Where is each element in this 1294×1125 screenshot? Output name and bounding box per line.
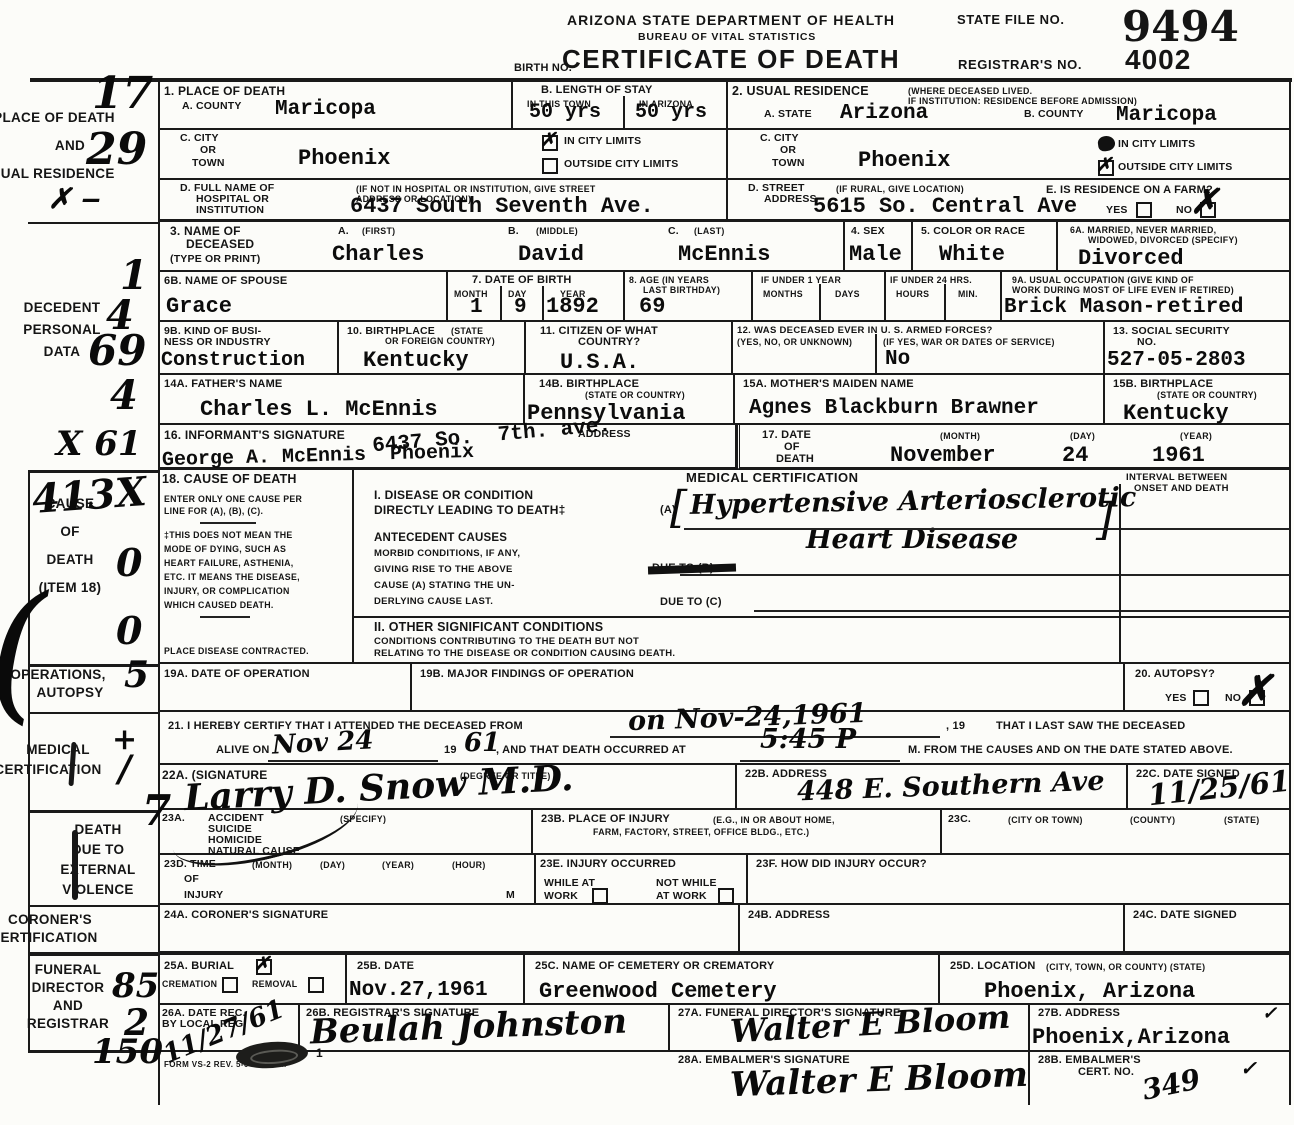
- field-9b-label2: NESS OR INDUSTRY: [164, 336, 271, 349]
- field-3c-last-label: (LAST): [694, 226, 725, 237]
- field-4-value: Male: [849, 242, 902, 267]
- field-1c-label: C. CITY: [180, 132, 219, 145]
- field-21-post1: THAT I LAST SAW THE DECEASED: [996, 720, 1185, 733]
- margin-note: /: [118, 748, 131, 790]
- field-2c-outside-label: OUTSIDE CITY LIMITS: [1118, 161, 1232, 174]
- field-10-birthplace: 10. BIRTHPLACE (STATE OR FOREIGN COUNTRY…: [339, 322, 526, 375]
- field-1d-label3: INSTITUTION: [196, 204, 264, 217]
- field-9a-value: Brick Mason-retired: [1004, 296, 1243, 319]
- field-28b-label2: CERT. NO.: [1078, 1066, 1134, 1079]
- field-27a-funeral-director-signature: 27A. FUNERAL DIRECTOR'S SIGNATURE Walter…: [670, 1005, 1030, 1052]
- field-14a-fathers-name: 14A. FATHER'S NAME Charles L. McEnnis: [160, 375, 525, 425]
- field-26b-registrar-signature: 26B. REGISTRAR'S SIGNATURE Beulah Johnst…: [300, 1005, 670, 1052]
- margin-note: ✗ ‒: [48, 182, 101, 215]
- field-18-note4: MODE OF DYING, SUCH AS: [164, 544, 286, 555]
- x-mark: ✗: [540, 129, 556, 151]
- field-3b-middle-label: (MIDDLE): [536, 226, 578, 237]
- field-15b-value: Kentucky: [1123, 401, 1229, 426]
- field-21-hand-time: 5:45 P: [760, 724, 856, 755]
- divider: [944, 284, 946, 322]
- field-1d-value: 6437 South Seventh Ave.: [350, 194, 654, 219]
- field-21-mid: , AND THAT DEATH OCCURRED AT: [496, 744, 686, 757]
- field-5-value: White: [939, 242, 1005, 267]
- field-1c-or: OR: [200, 144, 216, 157]
- field-b-length-of-stay: B. LENGTH OF STAY IN THIS TOWN IN ARIZON…: [513, 82, 728, 130]
- field-6b-spouse: 6B. NAME OF SPOUSE Grace: [160, 272, 448, 322]
- field-2b-county-label: B. COUNTY: [1024, 108, 1084, 121]
- field-20-autopsy: 20. AUTOPSY? YES NO ✗: [1125, 664, 1290, 712]
- field-8-months-label: MONTHS: [763, 289, 803, 300]
- ink-blob-mark: [1097, 135, 1116, 152]
- field-25b-date: 25B. DATE Nov.27,1961: [347, 955, 525, 1005]
- field-25a-removal: REMOVAL: [252, 979, 297, 990]
- field-17-year-value: 1961: [1152, 443, 1205, 468]
- sidebar-divider: [28, 222, 160, 224]
- field-18-due-c-label: DUE TO (C): [660, 596, 722, 609]
- field-23d-month: (MONTH): [252, 860, 292, 871]
- field-17-month-label: (MONTH): [940, 431, 980, 442]
- sidebar-certification: CERTIFICATION: [0, 762, 136, 777]
- field-21-year2: 19: [444, 744, 457, 757]
- field-25a-burial: 25A. BURIAL ✗ CREMATION REMOVAL: [160, 955, 347, 1005]
- field-9b-industry: 9B. KIND OF BUSI- NESS OR INDUSTRY Const…: [160, 322, 339, 375]
- field-2a-state-label: A. STATE: [764, 108, 812, 121]
- margin-note: 85: [112, 966, 159, 1006]
- field-23c-city: (CITY OR TOWN): [1008, 815, 1083, 826]
- field-23f-how-injury: 23F. HOW DID INJURY OCCUR?: [748, 855, 1290, 905]
- field-28b-value: 349: [1139, 1062, 1203, 1106]
- field-6b-value: Grace: [166, 294, 232, 319]
- field-1c-incity-label: IN CITY LIMITS: [564, 135, 641, 148]
- field-17-month-value: November: [890, 443, 996, 468]
- sidebar-divider: [28, 905, 160, 907]
- header-bureau: BUREAU OF VITAL STATISTICS: [638, 31, 816, 44]
- field-8-under-24-hrs: IF UNDER 24 HRS. HOURS MIN.: [886, 272, 1002, 322]
- field-2c-city-value: Phoenix: [858, 148, 950, 173]
- field-3a: A.: [338, 225, 349, 238]
- field-3-middle-value: David: [518, 242, 584, 267]
- field-18-part2-note2: RELATING TO THE DISEASE OR CONDITION CAU…: [374, 648, 675, 659]
- checkbox-2-outside-city-checked: ✗: [1098, 160, 1114, 176]
- field-23c-num: 23C.: [948, 813, 971, 826]
- field-27b-label: 27B. ADDRESS: [1038, 1007, 1120, 1020]
- field-27b-address: 27B. ADDRESS Phoenix,Arizona ✓: [1030, 1005, 1290, 1052]
- x-mark: ✗: [254, 953, 270, 975]
- field-25d-note: (CITY, TOWN, OR COUNTY) (STATE): [1046, 962, 1205, 973]
- field-23b-note1: (E.G., IN OR ABOUT HOME,: [713, 815, 835, 826]
- field-12-armed-forces: 12. WAS DECEASED EVER IN U. S. ARMED FOR…: [733, 322, 1105, 375]
- cause-b-underline: [680, 574, 1290, 576]
- field-25b-label: 25B. DATE: [357, 960, 414, 973]
- field-7-day-value: 9: [514, 296, 527, 319]
- field-3a-first-label: (FIRST): [362, 226, 395, 237]
- field-18-antecedent5: DERLYING CAUSE LAST.: [374, 596, 493, 607]
- field-8-label1: 8. AGE (IN YEARS: [629, 275, 709, 286]
- sidebar-divider: [28, 712, 160, 714]
- field-15a-value: Agnes Blackburn Brawner: [749, 397, 1039, 420]
- divider: [623, 96, 625, 130]
- field-10-note2: OR FOREIGN COUNTRY): [385, 336, 495, 347]
- field-23f-label: 23F. HOW DID INJURY OCCUR?: [756, 858, 927, 871]
- field-9a-label1: 9A. USUAL OCCUPATION (GIVE KIND OF: [1012, 275, 1194, 286]
- field-25a-label: 25A. BURIAL: [164, 960, 234, 973]
- state-file-label: STATE FILE NO.: [957, 12, 1065, 28]
- field-10-value: Kentucky: [363, 348, 469, 373]
- field-12-note2: (IF YES, WAR OR DATES OF SERVICE): [883, 337, 1055, 348]
- field-1-label: 1. PLACE OF DEATH: [164, 84, 285, 98]
- birth-no-label: BIRTH NO.: [514, 62, 572, 75]
- field-6a-label1: 6A. MARRIED, NEVER MARRIED,: [1070, 225, 1216, 236]
- field-21-year1: , 19: [946, 720, 965, 733]
- field-9b-value: Construction: [161, 349, 305, 372]
- field-19a-date-of-operation: 19A. DATE OF OPERATION: [160, 664, 412, 712]
- field-12-note1: (YES, NO, OR UNKNOWN): [737, 337, 852, 348]
- field-2d-street: D. STREET ADDRESS (IF RURAL, GIVE LOCATI…: [728, 180, 1290, 222]
- field-18-cause-label-column: 18. CAUSE OF DEATH ENTER ONLY ONE CAUSE …: [160, 470, 354, 664]
- field-2c-incity-label: IN CITY LIMITS: [1118, 138, 1195, 151]
- field-25d-location: 25D. LOCATION (CITY, TOWN, OR COUNTY) (S…: [940, 955, 1290, 1005]
- checkbox-while-at-work: [592, 888, 608, 904]
- field-27b-value: Phoenix,Arizona: [1032, 1025, 1230, 1050]
- field-28b-embalmer-cert: 28B. EMBALMER'S CERT. NO. 349 ✓: [1030, 1052, 1290, 1105]
- field-b-town-value: 50 yrs: [529, 101, 601, 124]
- divider: [819, 284, 821, 322]
- field-18-note6: ETC. IT MEANS THE DISEASE,: [164, 572, 300, 583]
- field-23d-m: M: [506, 889, 515, 902]
- checkbox-1-in-city-checked: ✗: [542, 135, 558, 151]
- field-13-label2: NO.: [1137, 336, 1156, 349]
- field-25c-value: Greenwood Cemetery: [539, 979, 777, 1004]
- field-1a-county-value: Maricopa: [275, 98, 376, 121]
- checkbox-1-outside-city: [542, 158, 558, 174]
- field-1-place-of-death: 1. PLACE OF DEATH A. COUNTY Maricopa: [160, 82, 513, 130]
- ink-mark: [72, 830, 78, 900]
- field-25a-cremation: CREMATION: [162, 979, 217, 990]
- field-23d-day: (DAY): [320, 860, 345, 871]
- field-8-under-1-year: IF UNDER 1 YEAR MONTHS DAYS: [753, 272, 886, 322]
- field-5-color-or-race: 5. COLOR OR RACE White: [913, 222, 1058, 272]
- field-12-value: No: [885, 348, 910, 371]
- field-14b-birthplace: 14B. BIRTHPLACE (STATE OR COUNTRY) Penns…: [525, 375, 735, 425]
- field-14a-label: 14A. FATHER'S NAME: [164, 378, 282, 391]
- field-18-note9: PLACE DISEASE CONTRACTED.: [164, 646, 309, 657]
- field-18-part1-label1: I. DISEASE OR CONDITION: [374, 488, 533, 502]
- sidebar-coroners: CORONER'S: [0, 912, 138, 927]
- field-2-note1: (WHERE DECEASED LIVED.: [908, 86, 1032, 97]
- divider: [500, 286, 502, 322]
- field-2d-note: (IF RURAL, GIVE LOCATION): [836, 184, 964, 195]
- field-23e-while2: WORK: [544, 890, 578, 903]
- field-8-hours-label: HOURS: [896, 289, 929, 300]
- field-5-label: 5. COLOR OR RACE: [921, 225, 1025, 238]
- field-20-yes-label: YES: [1165, 692, 1187, 705]
- field-2c-city: C. CITY OR TOWN Phoenix IN CITY LIMITS ✗…: [728, 130, 1290, 180]
- field-17-label3: DEATH: [776, 453, 814, 466]
- margin-note: X 61: [56, 424, 142, 464]
- field-21-hand-year: 61: [464, 728, 500, 758]
- margin-note: 69: [88, 326, 146, 375]
- field-2b-county-value: Maricopa: [1116, 104, 1217, 127]
- divider: [542, 286, 544, 322]
- divider: [200, 616, 250, 618]
- checkbox-cremation: [222, 977, 238, 993]
- field-18-note2: LINE FOR (A), (B), (C).: [164, 506, 263, 517]
- checkbox-autopsy-yes: [1193, 690, 1209, 706]
- field-22c-date-signed: 22C. DATE SIGNED 11/25/61: [1128, 765, 1290, 810]
- field-7-label: 7. DATE OF BIRTH: [472, 274, 572, 287]
- field-18-part2-note1: CONDITIONS CONTRIBUTING TO THE DEATH BUT…: [374, 636, 639, 647]
- field-7-date-of-birth: 7. DATE OF BIRTH MONTH DAY YEAR 1 9 1892: [448, 272, 625, 322]
- margin-note: 5: [124, 654, 149, 696]
- margin-note: 7: [142, 786, 171, 835]
- field-15b-birthplace: 15B. BIRTHPLACE (STATE OR COUNTRY) Kentu…: [1105, 375, 1290, 425]
- scan-paren-mark: (: [0, 565, 47, 739]
- field-18-note3: ‡THIS DOES NOT MEAN THE: [164, 530, 293, 541]
- blank-line: [740, 760, 900, 762]
- field-7-year-value: 1892: [546, 294, 599, 319]
- field-b-arizona-value: 50 yrs: [635, 101, 707, 124]
- margin-note: 17: [92, 68, 153, 119]
- field-24b-address: 24B. ADDRESS: [740, 905, 1125, 955]
- hand-bracket-right: ]: [1096, 494, 1113, 545]
- field-2e-yes-label: YES: [1106, 204, 1128, 217]
- field-3-name-of-deceased: 3. NAME OF DECEASED (TYPE OR PRINT) A. (…: [160, 222, 845, 272]
- field-12-label: 12. WAS DECEASED EVER IN U. S. ARMED FOR…: [737, 325, 993, 336]
- field-3-label2: DECEASED: [186, 237, 254, 251]
- field-14b-note: (STATE OR COUNTRY): [585, 390, 685, 401]
- field-2d-value: 5615 So. Central Ave: [813, 194, 1077, 219]
- field-23e-injury-occurred: 23E. INJURY OCCURRED WHILE AT WORK NOT W…: [536, 855, 748, 905]
- field-22b-value: 448 E. Southern Ave: [797, 766, 1105, 808]
- field-16-label: 16. INFORMANT'S SIGNATURE: [164, 428, 345, 442]
- interval-label1: INTERVAL BETWEEN: [1126, 472, 1227, 483]
- field-18-antecedent1: ANTECEDENT CAUSES: [374, 532, 507, 546]
- field-1a-county-label: A. COUNTY: [182, 100, 242, 113]
- field-14a-value: Charles L. McEnnis: [200, 397, 438, 422]
- field-b-label: B. LENGTH OF STAY: [541, 84, 653, 97]
- field-8-age: 8. AGE (IN YEARS LAST BIRTHDAY) 69: [625, 272, 753, 322]
- field-11-value: U.S.A.: [560, 350, 639, 375]
- registrar-number: 4002: [1125, 44, 1191, 76]
- field-4-sex: 4. SEX Male: [845, 222, 913, 272]
- field-17-day-value: 24: [1062, 443, 1088, 468]
- field-8-days-label: DAYS: [835, 289, 860, 300]
- field-21-certify-statement: 21. I HEREBY CERTIFY THAT I ATTENDED THE…: [160, 712, 1290, 765]
- field-8-value: 69: [639, 294, 665, 319]
- divider: [875, 334, 877, 375]
- field-1c-town: TOWN: [192, 157, 225, 170]
- x-mark: ✗: [1096, 154, 1112, 176]
- field-3b: B.: [508, 225, 519, 238]
- field-23d-label1: 23D. TIME: [164, 858, 216, 871]
- field-6a-value: Divorced: [1078, 246, 1184, 271]
- field-22b-address: 22B. ADDRESS 448 E. Southern Ave: [737, 765, 1128, 810]
- sidebar-divider: [28, 810, 160, 813]
- margin-note: 29: [86, 124, 147, 175]
- field-24c-label: 24C. DATE SIGNED: [1133, 909, 1237, 922]
- field-9a-occupation: 9A. USUAL OCCUPATION (GIVE KIND OF WORK …: [1002, 272, 1290, 322]
- field-17-date-of-death: 17. DATE OF DEATH (MONTH) (DAY) (YEAR) N…: [737, 425, 1290, 470]
- cause-c-underline: [754, 610, 1290, 612]
- field-3-last-value: McEnnis: [678, 242, 770, 267]
- field-28a-embalmer-signature: 28A. EMBALMER'S SIGNATURE Walter E Bloom: [670, 1052, 1030, 1105]
- field-15a-mothers-maiden-name: 15A. MOTHER'S MAIDEN NAME Agnes Blackbur…: [735, 375, 1105, 425]
- field-2-note2: IF INSTITUTION: RESIDENCE BEFORE ADMISSI…: [908, 96, 1137, 107]
- checkbox-farm-yes: [1136, 202, 1152, 218]
- field-23d-label2: OF: [184, 873, 199, 886]
- margin-note: 0: [116, 540, 142, 585]
- check-mark: ✓: [1240, 1056, 1257, 1080]
- margin-note: 150: [92, 1032, 163, 1072]
- cause-a-line1: Hypertensive Arteriosclerotic: [690, 482, 1137, 521]
- field-4-label: 4. SEX: [851, 225, 885, 238]
- field-18-antecedent4: CAUSE (A) STATING THE UN-: [374, 580, 515, 591]
- seal-number: 1: [316, 1046, 323, 1060]
- field-13-label1: 13. SOCIAL SECURITY: [1113, 325, 1230, 338]
- field-23b-place-of-injury: 23B. PLACE OF INJURY (E.G., IN OR ABOUT …: [533, 810, 942, 855]
- field-18-note8: WHICH CAUSED DEATH.: [164, 600, 274, 611]
- field-1d-hospital: D. FULL NAME OF HOSPITAL OR INSTITUTION …: [160, 180, 728, 222]
- field-8-min-label: MIN.: [958, 289, 978, 300]
- field-21-alive-label: ALIVE ON: [216, 744, 270, 757]
- checkbox-burial-checked: ✗: [256, 959, 272, 975]
- field-23d-year: (YEAR): [382, 860, 414, 871]
- field-11-label2: COUNTRY?: [578, 336, 640, 349]
- field-16-signature-value: George A. McEnnis Phoenix: [162, 441, 475, 472]
- field-19b-label: 19B. MAJOR FINDINGS OF OPERATION: [420, 668, 634, 681]
- field-2-usual-residence: 2. USUAL RESIDENCE (WHERE DECEASED LIVED…: [728, 82, 1290, 130]
- field-25c-cemetery: 25C. NAME OF CEMETERY OR CREMATORY Green…: [525, 955, 940, 1005]
- field-18-antecedent2: MORBID CONDITIONS, IF ANY,: [374, 548, 520, 559]
- field-23c-location: 23C. (CITY OR TOWN) (COUNTY) (STATE): [942, 810, 1290, 855]
- field-17-day-label: (DAY): [1070, 431, 1095, 442]
- field-18-medical-certification: MEDICAL CERTIFICATION I. DISEASE OR COND…: [354, 470, 1290, 664]
- field-18-note1: ENTER ONLY ONE CAUSE PER: [164, 494, 302, 505]
- field-15b-note: (STATE OR COUNTRY): [1157, 390, 1257, 401]
- field-20-label: 20. AUTOPSY?: [1135, 668, 1215, 681]
- part-divider: [354, 616, 1290, 618]
- field-2d-label2: ADDRESS: [764, 193, 817, 206]
- field-23b-label: 23B. PLACE OF INJURY: [541, 813, 670, 826]
- field-23e-while1: WHILE AT: [544, 877, 595, 890]
- divider: [200, 522, 256, 524]
- autopsy-no-x-mark: ✗: [1237, 666, 1272, 715]
- interval-column-divider: [1119, 484, 1121, 664]
- field-25d-label: 25D. LOCATION: [950, 960, 1036, 973]
- field-25b-value: Nov.27,1961: [349, 979, 488, 1002]
- cause-a-underline: [684, 528, 1290, 530]
- field-13-ssn: 13. SOCIAL SECURITY NO. 527-05-2803: [1105, 322, 1290, 375]
- field-11-citizen: 11. CITIZEN OF WHAT COUNTRY? U.S.A.: [526, 322, 733, 375]
- field-15a-label: 15A. MOTHER'S MAIDEN NAME: [743, 378, 914, 391]
- field-18-part2-label: II. OTHER SIGNIFICANT CONDITIONS: [374, 620, 603, 635]
- field-3-label3: (TYPE OR PRINT): [170, 253, 261, 266]
- field-18-label: 18. CAUSE OF DEATH: [162, 472, 297, 487]
- field-19a-label: 19A. DATE OF OPERATION: [164, 668, 310, 681]
- field-2a-state-value: Arizona: [840, 102, 928, 125]
- field-3c: C.: [668, 225, 679, 238]
- field-13-value: 527-05-2803: [1107, 349, 1246, 372]
- sidebar-divider: [28, 952, 160, 956]
- registrar-no-label: REGISTRAR'S NO.: [958, 57, 1082, 73]
- field-18-part1-label2: DIRECTLY LEADING TO DEATH‡: [374, 503, 565, 517]
- field-9a-label2: WORK DURING MOST OF LIFE EVEN IF RETIRED…: [1012, 285, 1234, 296]
- medical-certification-header: MEDICAL CERTIFICATION: [686, 470, 859, 486]
- field-24b-label: 24B. ADDRESS: [748, 909, 830, 922]
- check-mark: ✓: [1262, 1003, 1277, 1024]
- document-title: CERTIFICATE OF DEATH: [562, 44, 900, 75]
- field-23d-time-of-injury: 23D. TIME OF INJURY (MONTH) (DAY) (YEAR)…: [160, 855, 536, 905]
- header-department: ARIZONA STATE DEPARTMENT OF HEALTH: [567, 12, 895, 29]
- sidebar-certification2: CERTIFICATION: [0, 930, 132, 945]
- interval-label2: ONSET AND DEATH: [1134, 483, 1229, 494]
- margin-note: 4: [110, 372, 138, 419]
- funeral-director-signature: Walter E Bloom: [729, 998, 1011, 1051]
- field-23a-manner: 23A. ACCIDENT SUICIDE HOMICIDE NATURAL C…: [160, 810, 533, 855]
- sidebar-of: OF: [0, 524, 158, 539]
- field-2c-label: C. CITY: [760, 132, 799, 145]
- field-18-note7: INJURY, OR COMPLICATION: [164, 586, 290, 597]
- form-number-area: FORM VS-2 REV. 5-0-60 · 30M 1: [160, 1052, 670, 1105]
- field-2c-town: TOWN: [772, 157, 805, 170]
- field-1c-outside-label: OUTSIDE CITY LIMITS: [564, 158, 678, 171]
- field-23c-county: (COUNTY): [1130, 815, 1175, 826]
- field-6b-label: 6B. NAME OF SPOUSE: [164, 275, 287, 288]
- checkbox-removal: [308, 977, 324, 993]
- field-1d-note1: (IF NOT IN HOSPITAL OR INSTITUTION, GIVE…: [356, 184, 596, 195]
- field-7-month-value: 1: [470, 296, 483, 319]
- field-23d-hour: (HOUR): [452, 860, 486, 871]
- field-24a-coroner-signature: 24A. CORONER'S SIGNATURE: [160, 905, 740, 955]
- field-2-label: 2. USUAL RESIDENCE: [732, 84, 869, 99]
- field-17-year-label: (YEAR): [1180, 431, 1212, 442]
- field-23d-label3: INJURY: [184, 889, 223, 902]
- field-6a-label2: WIDOWED, DIVORCED (SPECIFY): [1088, 235, 1238, 246]
- margin-note: 0: [116, 608, 142, 653]
- field-23e-not1: NOT WHILE: [656, 877, 717, 890]
- field-1c-city-value: Phoenix: [298, 146, 390, 171]
- field-24a-label: 24A. CORONER'S SIGNATURE: [164, 909, 328, 922]
- margin-note: 413X: [31, 468, 149, 523]
- field-8-under1-label: IF UNDER 1 YEAR: [761, 275, 841, 286]
- field-10-note1: (STATE: [451, 326, 483, 337]
- farm-no-x-mark: ✗: [1190, 182, 1219, 222]
- field-25c-label: 25C. NAME OF CEMETERY OR CREMATORY: [535, 960, 774, 973]
- due-b-strikeout: [648, 563, 736, 574]
- field-3-first-value: Charles: [332, 242, 424, 267]
- field-21-hand-alive: Nov 24: [271, 725, 374, 760]
- field-24c-date-signed: 24C. DATE SIGNED: [1125, 905, 1290, 955]
- field-16-informant: 16. INFORMANT'S SIGNATURE ADDRESS 6437 S…: [160, 425, 737, 470]
- checkbox-not-while-at-work: [718, 888, 734, 904]
- death-certificate-scan: ARIZONA STATE DEPARTMENT OF HEALTH BUREA…: [0, 0, 1294, 1125]
- field-23b-note2: FARM, FACTORY, STREET, OFFICE BLDG., ETC…: [593, 827, 809, 838]
- field-18-antecedent3: GIVING RISE TO THE ABOVE: [374, 564, 513, 575]
- field-25d-value: Phoenix, Arizona: [984, 979, 1195, 1004]
- field-23e-not2: AT WORK: [656, 890, 707, 903]
- hand-bracket-left: [: [670, 482, 687, 533]
- field-23c-state: (STATE): [1224, 815, 1260, 826]
- field-18-note5: HEART FAILURE, ASTHENIA,: [164, 558, 294, 569]
- field-1c-city: C. CITY OR TOWN Phoenix ✗ IN CITY LIMITS…: [160, 130, 728, 180]
- field-6a-marital-status: 6A. MARRIED, NEVER MARRIED, WIDOWED, DIV…: [1058, 222, 1290, 272]
- blank-line: [268, 760, 438, 762]
- field-2c-or: OR: [780, 144, 796, 157]
- field-21-post2: M. FROM THE CAUSES AND ON THE DATE STATE…: [908, 744, 1233, 757]
- field-23e-label: 23E. INJURY OCCURRED: [540, 858, 676, 871]
- field-8-under24-label: IF UNDER 24 HRS.: [890, 275, 972, 286]
